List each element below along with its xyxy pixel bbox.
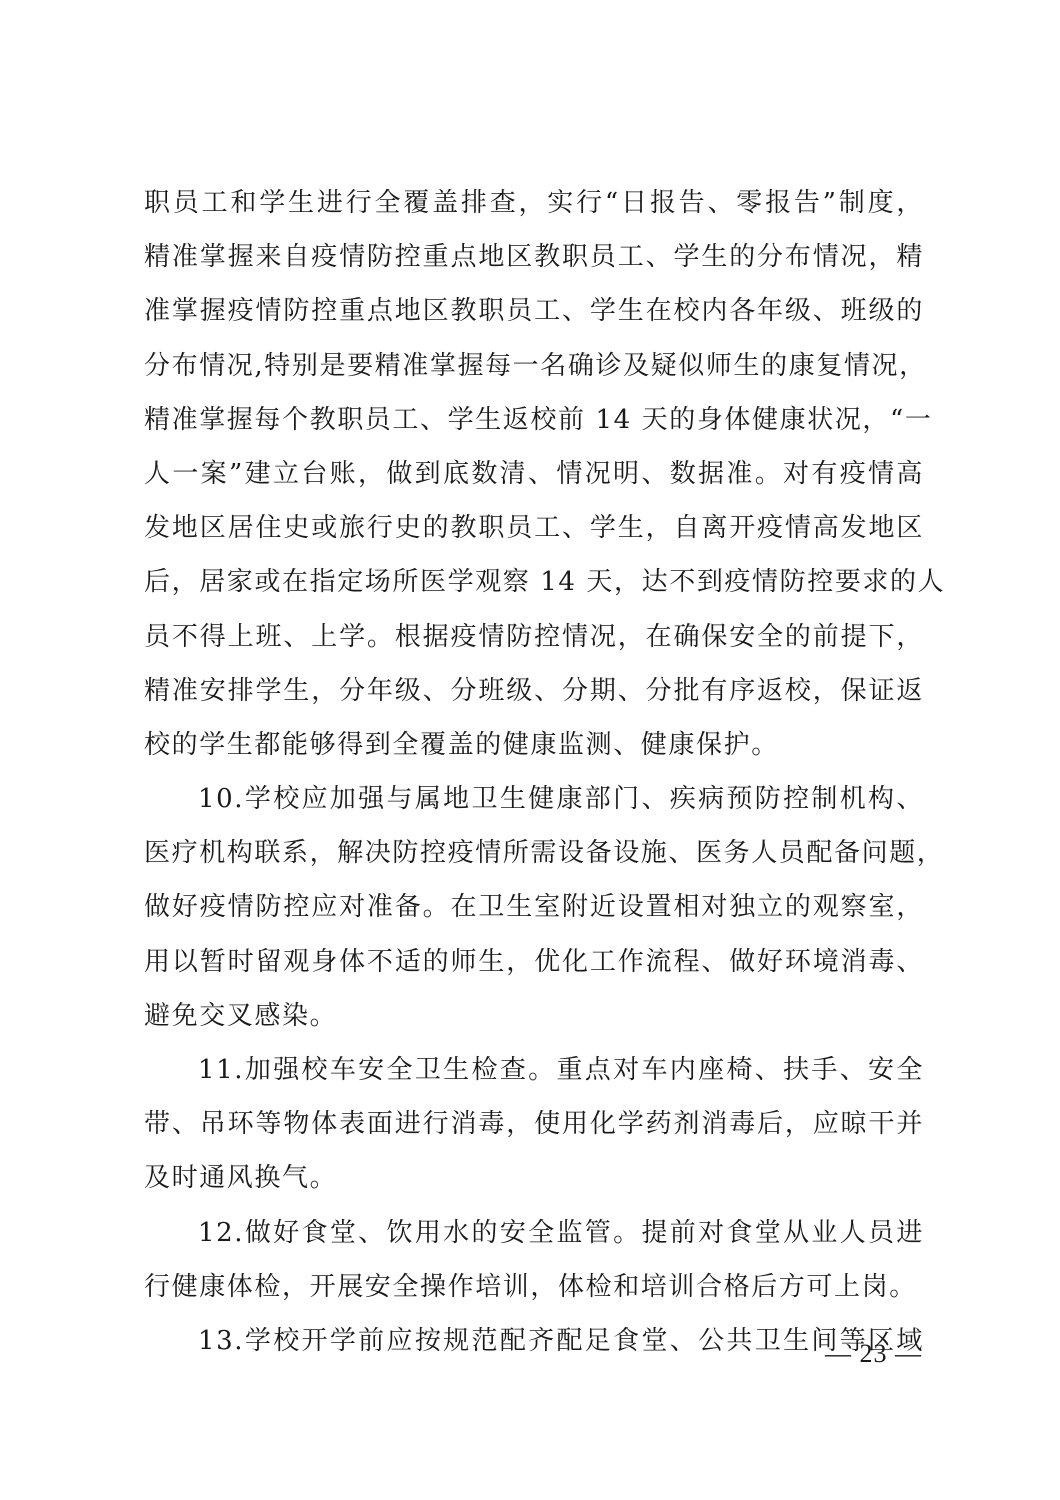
text-line: 13.学校开学前应按规范配齐配足食堂、公共卫生间等区域: [144, 1314, 924, 1368]
paragraph-9-continued: 职员工和学生进行全覆盖排查，实行“日报告、零报告”制度， 精准掌握来自疫情防控重…: [144, 176, 924, 772]
text-line: 精准掌握每个教职员工、学生返校前 14 天的身体健康状况，“一: [144, 393, 924, 447]
text-line: 精准安排学生，分年级、分班级、分期、分批有序返校，保证返: [144, 664, 924, 718]
text-line: 发地区居住史或旅行史的教职员工、学生，自离开疫情高发地区: [144, 501, 924, 555]
text-line: 用以暂时留观身体不适的师生，优化工作流程、做好环境消毒、: [144, 935, 924, 989]
text-line: 职员工和学生进行全覆盖排查，实行“日报告、零报告”制度，: [144, 176, 924, 230]
text-line: 人一案”建立台账，做到底数清、情况明、数据准。对有疫情高: [144, 447, 924, 501]
text-line: 准掌握疫情防控重点地区教职员工、学生在校内各年级、班级的: [144, 284, 924, 338]
text-line: 行健康体检，开展安全操作培训，体检和培训合格后方可上岗。: [144, 1260, 924, 1314]
text-line: 精准掌握来自疫情防控重点地区教职员工、学生的分布情况，精: [144, 230, 924, 284]
text-line: 做好疫情防控应对准备。在卫生室附近设置相对独立的观察室，: [144, 880, 924, 934]
paragraph-12: 12.做好食堂、饮用水的安全监管。提前对食堂从业人员进 行健康体检，开展安全操作…: [144, 1206, 924, 1314]
document-page: 职员工和学生进行全覆盖排查，实行“日报告、零报告”制度， 精准掌握来自疫情防控重…: [0, 0, 1060, 1500]
page-number: — 23 —: [822, 1338, 922, 1370]
paragraph-10: 10.学校应加强与属地卫生健康部门、疾病预防控制机构、 医疗机构联系，解决防控疫…: [144, 772, 924, 1043]
text-line: 校的学生都能够得到全覆盖的健康监测、健康保护。: [144, 718, 924, 772]
text-line: 及时通风换气。: [144, 1151, 924, 1205]
text-line: 分布情况,特别是要精准掌握每一名确诊及疑似师生的康复情况，: [144, 339, 924, 393]
body-text: 职员工和学生进行全覆盖排查，实行“日报告、零报告”制度， 精准掌握来自疫情防控重…: [144, 176, 924, 1368]
paragraph-13: 13.学校开学前应按规范配齐配足食堂、公共卫生间等区域: [144, 1314, 924, 1368]
text-line: 员不得上班、上学。根据疫情防控情况，在确保安全的前提下，: [144, 610, 924, 664]
paragraph-11: 11.加强校车安全卫生检查。重点对车内座椅、扶手、安全 带、吊环等物体表面进行消…: [144, 1043, 924, 1206]
text-line: 12.做好食堂、饮用水的安全监管。提前对食堂从业人员进: [144, 1206, 924, 1260]
text-line: 后，居家或在指定场所医学观察 14 天，达不到疫情防控要求的人: [144, 555, 924, 609]
text-line: 11.加强校车安全卫生检查。重点对车内座椅、扶手、安全: [144, 1043, 924, 1097]
text-line: 医疗机构联系，解决防控疫情所需设备设施、医务人员配备问题，: [144, 826, 924, 880]
text-line: 10.学校应加强与属地卫生健康部门、疾病预防控制机构、: [144, 772, 924, 826]
text-line: 避免交叉感染。: [144, 989, 924, 1043]
text-line: 带、吊环等物体表面进行消毒，使用化学药剂消毒后，应晾干并: [144, 1097, 924, 1151]
